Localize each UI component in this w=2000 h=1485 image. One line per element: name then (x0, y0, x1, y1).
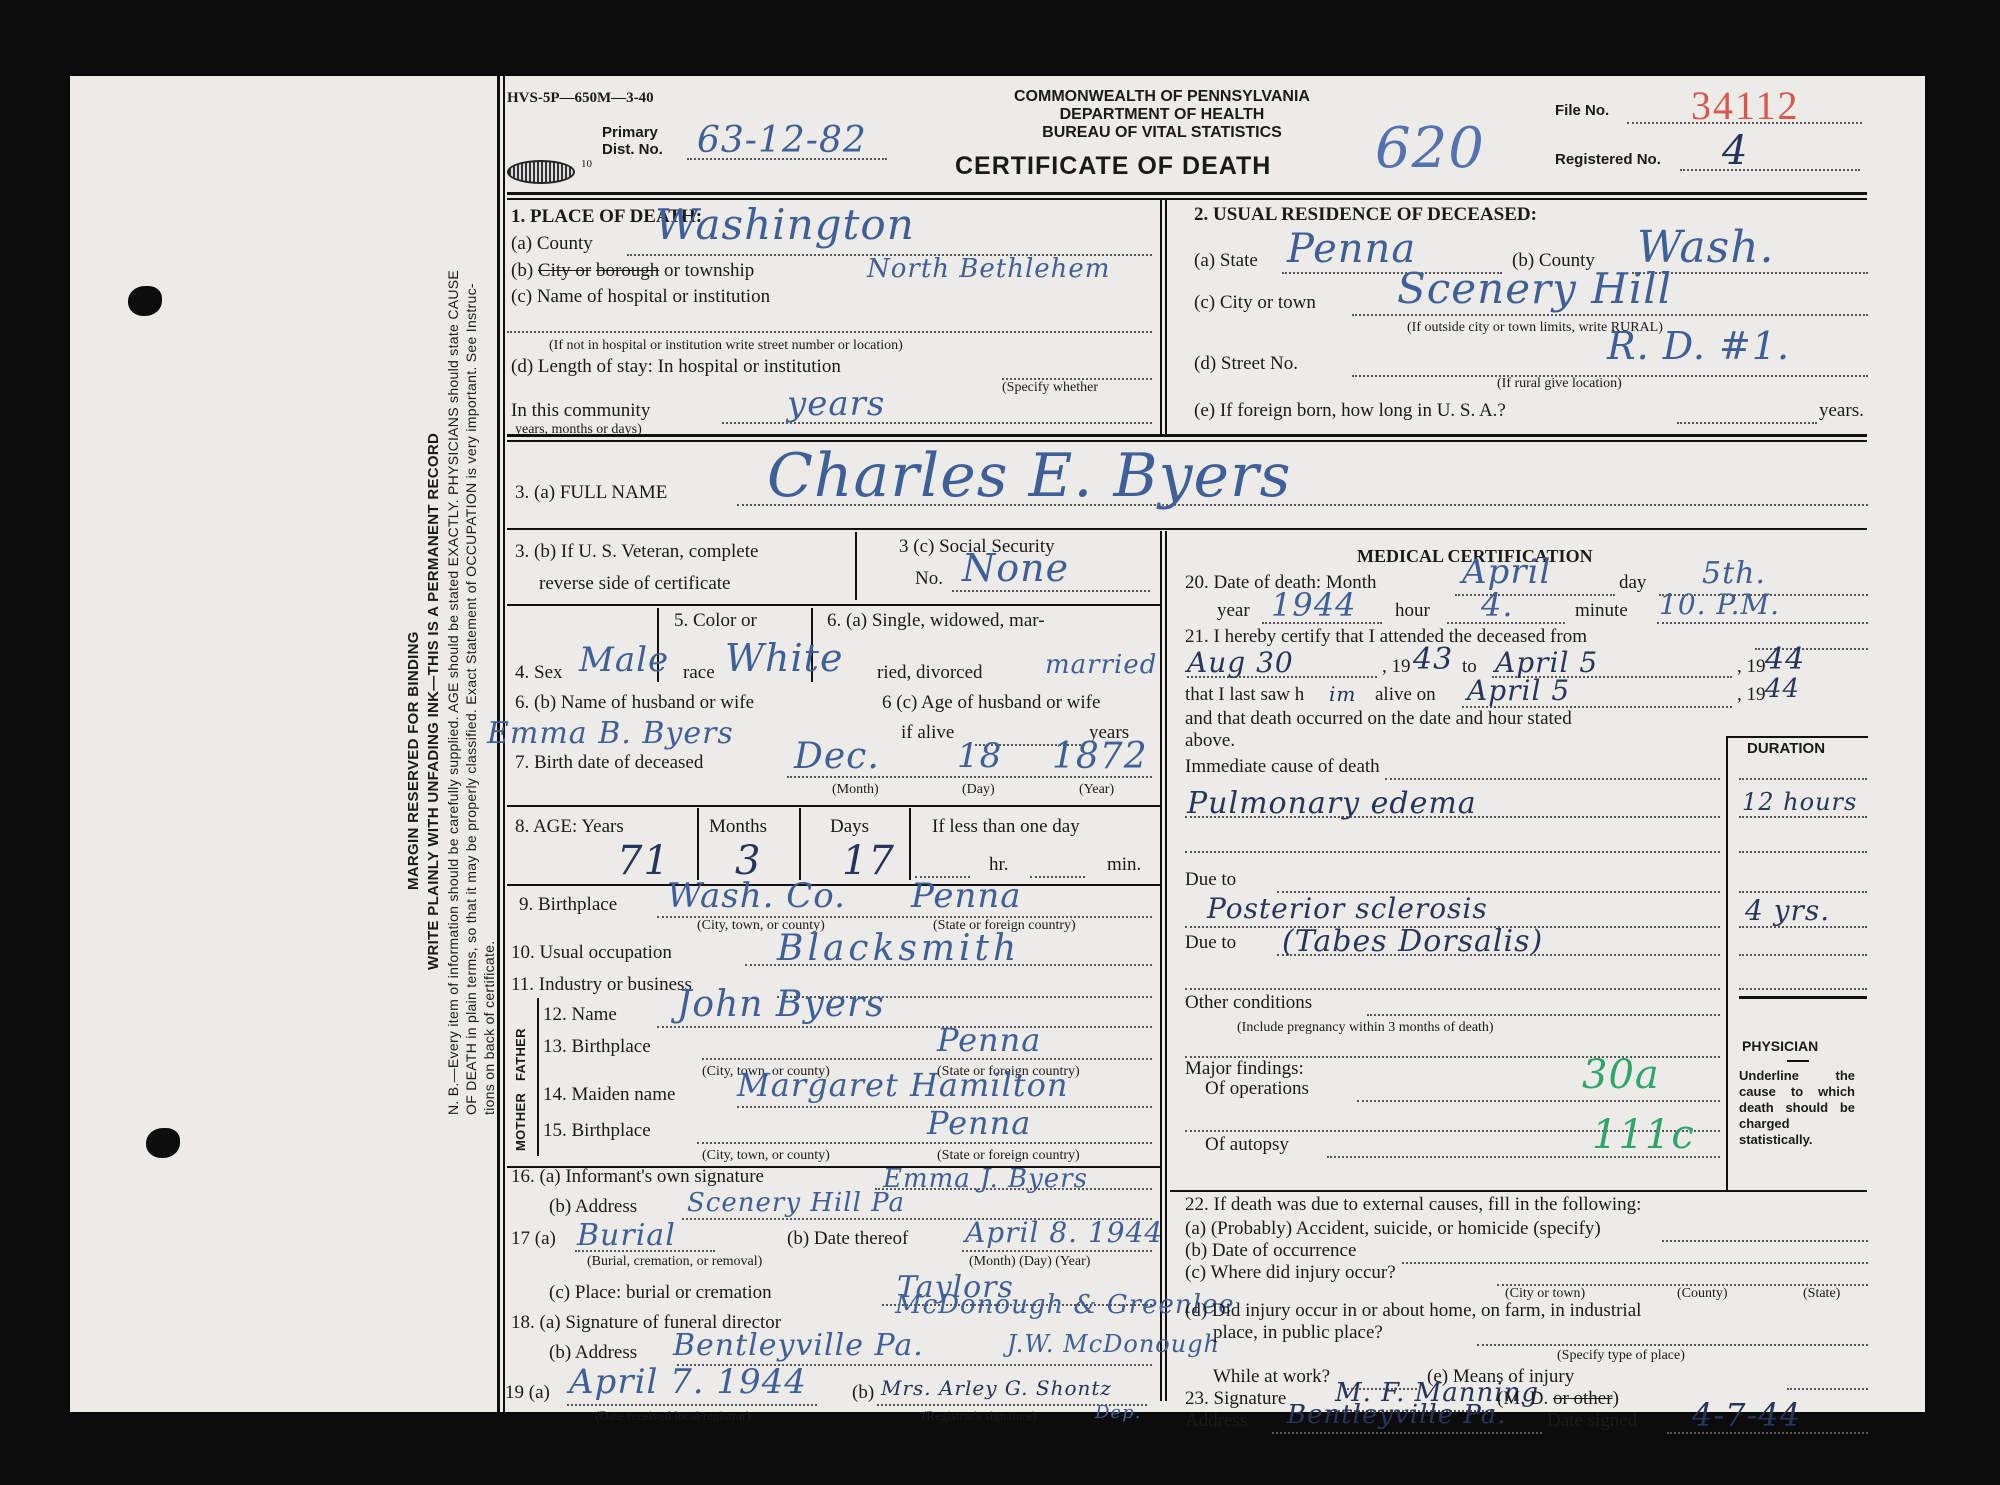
year-note: (Year) (1079, 782, 1114, 798)
external-c-label: (c) Where did injury occur? (1185, 1262, 1396, 1284)
full-name-label: 3. (a) FULL NAME (515, 482, 667, 504)
foreign-years-label: years. (1819, 400, 1864, 422)
operations-label: Of operations (1205, 1078, 1309, 1100)
death-minute-label: minute (1575, 600, 1628, 622)
age-months-label: Months (709, 816, 767, 838)
death-day-label: day (1619, 572, 1646, 594)
punch-hole-top (128, 286, 162, 316)
burial-place-label: (c) Place: burial or cremation (549, 1282, 772, 1304)
res-state-label: (a) State (1194, 250, 1258, 272)
father-name-label: 12. Name (543, 1004, 617, 1026)
lastsaw-label: that I last saw h (1185, 684, 1304, 706)
birthplace-label: 9. Birthplace (519, 894, 617, 916)
birthplace-city[interactable]: Wash. Co. (667, 876, 846, 916)
death-year-label: year (1217, 600, 1250, 622)
findings-label: Major findings: (1185, 1058, 1304, 1080)
physician-note: Underline the cause to which death shoul… (1739, 1068, 1855, 1148)
external-a-label: (a) (Probably) Accident, suicide, or hom… (1185, 1218, 1601, 1240)
less-than-day-label: If less than one day (932, 816, 1080, 838)
occupation-label: 10. Usual occupation (511, 942, 672, 964)
while-at-work-label: While at work? (1213, 1366, 1330, 1388)
day-note: (Day) (962, 782, 995, 798)
race[interactable]: White (725, 636, 843, 680)
disposal-date-label: (b) Date thereof (787, 1228, 908, 1250)
lastsaw-year-prefix: , 19 (1737, 684, 1766, 706)
industry-label: 11. Industry or business (511, 974, 692, 996)
birth-day[interactable]: 18 (957, 736, 1002, 776)
attended-from-date[interactable]: Aug 30 (1187, 646, 1294, 679)
from-year-prefix: , 19 (1382, 656, 1411, 678)
spouse-age-alive-label: if alive (901, 722, 954, 744)
ss-no-label: No. (915, 568, 943, 590)
registrar-label: 19 (a) (505, 1382, 550, 1404)
certificate-title: CERTIFICATE OF DEATH (955, 152, 1271, 181)
lastsaw-alive-label: alive on (1375, 684, 1436, 706)
mother-birthplace[interactable]: Penna (927, 1104, 1031, 1142)
due-to-cause-2[interactable]: (Tabes Dorsalis) (1282, 924, 1543, 959)
residence-heading: 2. USUAL RESIDENCE OF DECEASED: (1194, 204, 1537, 226)
registrar-sig-label: (b) (852, 1382, 874, 1404)
sex-label: 4. Sex (515, 662, 563, 684)
margin-line-3: N. B.—Every item of information should b… (445, 270, 461, 1115)
spouse-label: 6. (b) Name of husband or wife (515, 692, 754, 714)
marital-label-1: 6. (a) Single, widowed, mar- (827, 610, 1045, 632)
informant-signature[interactable]: Emma J. Byers (883, 1164, 1088, 1194)
full-name[interactable]: Charles E. Byers (767, 441, 1291, 511)
immediate-cause-label: Immediate cause of death (1185, 756, 1380, 778)
lastsaw-date[interactable]: April 5 (1467, 674, 1570, 707)
death-city-label: (b) City or borough or township (511, 260, 754, 282)
informant-address[interactable]: Scenery Hill Pa (687, 1188, 905, 1218)
file-no[interactable]: 34112 (1691, 82, 1800, 129)
margin-line-1: MARGIN RESERVED FOR BINDING (405, 631, 422, 890)
to-year-prefix: , 19 (1737, 656, 1766, 678)
registrar-date-note: (Date received local registrar) (595, 1408, 751, 1424)
race-label: race (683, 662, 715, 684)
death-certificate-form: HVS-5P—650M—3-40 PrimaryDist. No. 63-12-… (497, 76, 1917, 1412)
attended-from-year[interactable]: 43 (1413, 642, 1453, 677)
date-signed[interactable]: 4-7-44 (1692, 1396, 1801, 1434)
funeral-director[interactable]: McDonough & Greenlee (895, 1290, 1235, 1320)
lastsaw-year[interactable]: 44 (1765, 674, 1800, 704)
birth-year[interactable]: 1872 (1052, 736, 1148, 777)
funeral-address[interactable]: Bentleyville Pa. (673, 1328, 924, 1363)
res-street-label: (d) Street No. (1194, 353, 1298, 375)
age-years[interactable]: 71 (617, 838, 670, 884)
birth-month[interactable]: Dec. (794, 736, 880, 777)
father-side-label: FATHER (513, 1028, 528, 1081)
birthplace-state[interactable]: Penna (911, 876, 1022, 916)
above-label: above. (1185, 730, 1235, 752)
attended-to-year[interactable]: 44 (1765, 642, 1805, 677)
duration-heading: DURATION (1747, 740, 1825, 757)
spouse-age-label: 6 (c) Age of husband or wife (882, 692, 1100, 714)
binding-margin: MARGIN RESERVED FOR BINDING WRITE PLAINL… (395, 120, 495, 1120)
disposal-note: (Burial, cremation, or removal) (587, 1254, 762, 1270)
registrar-deputy: Dep. (1095, 1402, 1141, 1423)
disposal-date[interactable]: April 8. 1944 (965, 1216, 1163, 1249)
immediate-cause[interactable]: Pulmonary edema (1187, 786, 1477, 821)
res-city[interactable]: Scenery Hill (1397, 264, 1672, 313)
month-note: (Month) (832, 782, 879, 798)
due-to-label-1: Due to (1185, 869, 1236, 891)
father-name[interactable]: John Byers (677, 984, 885, 1025)
punch-hole-bottom (146, 1128, 180, 1158)
registered-no-label: Registered No. (1555, 151, 1661, 168)
disposal-label: 17 (a) (511, 1228, 556, 1250)
margin-line-2: WRITE PLAINLY WITH UNFADING INK—THIS IS … (425, 433, 442, 970)
due-to-label-2: Due to (1185, 932, 1236, 954)
hospital-note: (If not in hospital or institution write… (549, 338, 903, 354)
occurred-label: and that death occurred on the date and … (1185, 708, 1572, 730)
authority-line-2: DEPARTMENT OF HEALTH (997, 106, 1327, 124)
union-label-seal (507, 160, 575, 184)
injury-place-note: (Specify type of place) (1557, 1348, 1685, 1364)
physician-address[interactable]: Bentleyville Pa. (1287, 1400, 1506, 1430)
handwritten-number: 620 (1375, 116, 1485, 181)
physician-address-label: Address (1185, 1410, 1247, 1432)
lastsaw-him: im (1329, 682, 1356, 706)
physician-heading: PHYSICIAN (1742, 1038, 1818, 1054)
res-street[interactable]: R. D. #1. (1607, 324, 1790, 368)
immediate-cause-duration[interactable]: 12 hours (1742, 788, 1857, 816)
father-birthplace[interactable]: Penna (937, 1021, 1041, 1059)
md-label: (M. D. or other) (1497, 1388, 1619, 1410)
stay-label: (d) Length of stay: In hospital or insti… (511, 356, 841, 378)
hr-label: hr. (989, 854, 1009, 876)
other-conditions-note: (Include pregnancy within 3 months of de… (1237, 1020, 1494, 1036)
death-year[interactable]: 1944 (1271, 586, 1356, 624)
form-code: HVS-5P—650M—3-40 (507, 90, 654, 107)
foreign-label: (e) If foreign born, how long in U. S. A… (1194, 400, 1506, 422)
disposal[interactable]: Burial (577, 1218, 676, 1253)
disposal-date-note: (Month) (Day) (Year) (969, 1254, 1090, 1270)
age-years-label: 8. AGE: Years (515, 816, 624, 838)
death-hour-label: hour (1395, 600, 1430, 622)
certify-label: 21. I hereby certify that I attended the… (1185, 626, 1587, 648)
hospital-label: (c) Name of hospital or institution (511, 286, 770, 308)
marital-label-2: ried, divorced (877, 662, 983, 684)
res-street-note: (If rural give location) (1497, 376, 1622, 392)
sex[interactable]: Male (579, 640, 669, 680)
due-to-cause-1[interactable]: Posterior sclerosis (1207, 892, 1488, 925)
other-conditions-label: Other conditions (1185, 992, 1312, 1014)
age-days-label: Days (830, 816, 869, 838)
autopsy-label: Of autopsy (1205, 1134, 1289, 1156)
external-d-label-2: place, in public place? (1213, 1322, 1383, 1344)
community-length[interactable]: years (787, 384, 885, 424)
registrar-sig-note: (Registrar's signature) (922, 1408, 1037, 1424)
mother-birthplace-label: 15. Birthplace (543, 1120, 651, 1142)
death-day[interactable]: 5th. (1702, 556, 1766, 591)
margin-line-5: tions on back of certificate. (481, 941, 497, 1115)
external-d-label-1: (d) Did injury occur in or about home, o… (1185, 1300, 1641, 1322)
registrar-signature[interactable]: Mrs. Arley G. Shontz (881, 1376, 1112, 1400)
death-hour[interactable]: 4. (1481, 586, 1514, 624)
external-b-label: (b) Date of occurrence (1185, 1240, 1356, 1262)
mother-maiden-name[interactable]: Margaret Hamilton (737, 1066, 1069, 1104)
autopsy-code[interactable]: 111c (1592, 1112, 1695, 1158)
due-to-cause-1-duration[interactable]: 4 yrs. (1745, 894, 1830, 927)
operations-code[interactable]: 30a (1582, 1052, 1660, 1098)
res-city-label: (c) City or town (1194, 292, 1316, 314)
registrar-date[interactable]: April 7. 1944 (569, 1362, 807, 1402)
union-number: 10 (581, 158, 592, 170)
veteran-label: 3. (b) If U. S. Veteran, completereverse… (515, 536, 758, 600)
birth-date-label: 7. Birth date of deceased (515, 752, 703, 774)
primary-dist-label: PrimaryDist. No. (602, 124, 663, 158)
death-county[interactable]: Washington (655, 200, 915, 249)
authority-line-1: COMMONWEALTH OF PENNSYLVANIA (997, 88, 1327, 106)
occupation[interactable]: Blacksmith (777, 928, 1020, 969)
registered-no[interactable]: 4 (1722, 128, 1748, 174)
mother-state-note: (State or foreign country) (937, 1148, 1080, 1164)
injury-county-note: (County) (1677, 1286, 1728, 1302)
authority-line-3: BUREAU OF VITAL STATISTICS (997, 124, 1327, 142)
specify-note: (Specify whether (1002, 380, 1098, 396)
marital-status[interactable]: married (1045, 650, 1157, 680)
spouse-name[interactable]: Emma B. Byers (487, 716, 734, 751)
funeral-signer[interactable]: J.W. McDonough (1007, 1330, 1220, 1358)
date-signed-label: Date signed (1547, 1410, 1637, 1432)
min-label: min. (1107, 854, 1141, 876)
death-county-label: (a) County (511, 233, 593, 255)
mother-maiden-label: 14. Maiden name (543, 1084, 675, 1106)
death-minute[interactable]: 10. P.M. (1659, 588, 1780, 621)
community-label: In this community (511, 400, 650, 422)
primary-dist-no[interactable]: 63-12-82 (697, 120, 867, 161)
external-heading: 22. If death was due to external causes,… (1185, 1194, 1641, 1216)
informant-sig-label: 16. (a) Informant's own signature (511, 1166, 764, 1188)
injury-state-note: (State) (1803, 1286, 1840, 1302)
funeral-address-label: (b) Address (549, 1342, 637, 1364)
file-no-label: File No. (1555, 102, 1609, 119)
mother-side-label: MOTHER (513, 1093, 528, 1151)
father-birthplace-label: 13. Birthplace (543, 1036, 651, 1058)
margin-line-4: OF DEATH in plain terms, so that it may … (463, 283, 479, 1115)
death-township[interactable]: North Bethlehem (867, 254, 1110, 284)
ss-no[interactable]: None (962, 546, 1069, 590)
age-days[interactable]: 17 (842, 838, 895, 884)
color-label: 5. Color or (674, 610, 757, 632)
mother-city-note: (City, town, or county) (702, 1148, 830, 1164)
physician-signature-label: 23. Signature (1185, 1388, 1286, 1410)
informant-address-label: (b) Address (549, 1196, 637, 1218)
